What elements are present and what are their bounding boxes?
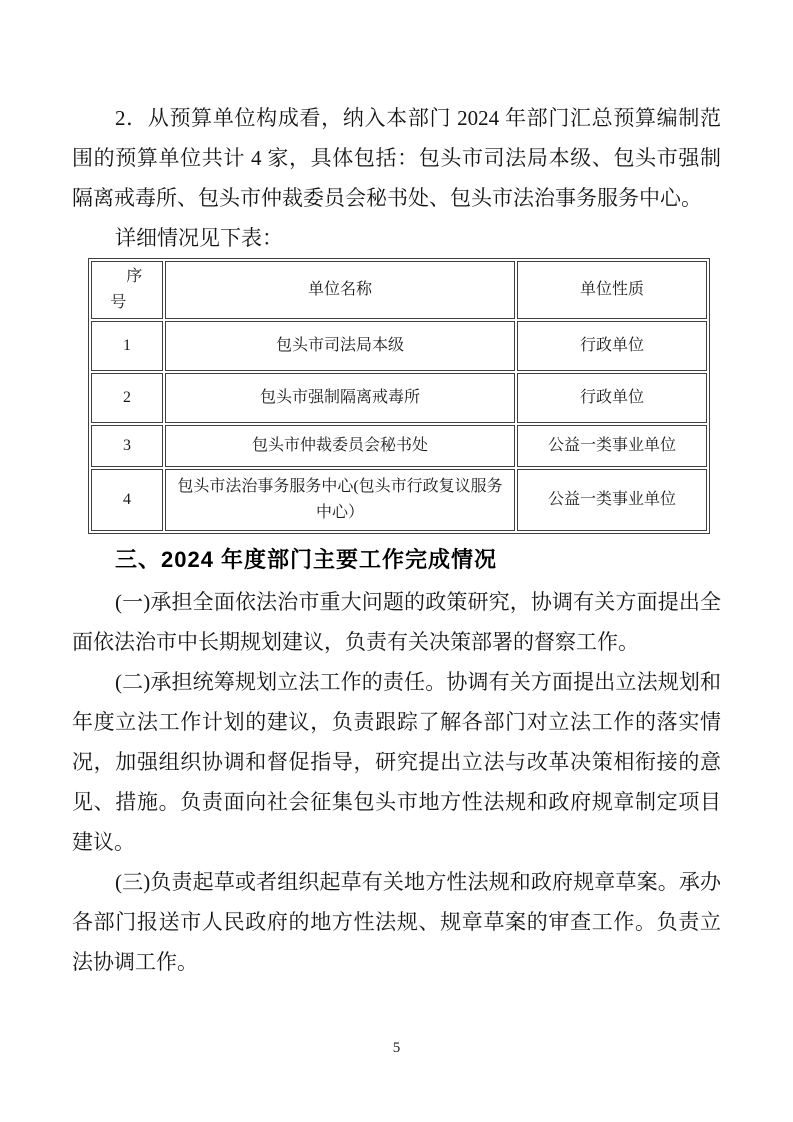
cell-name: 包头市仲裁委员会秘书处: [165, 425, 515, 467]
cell-seq: 4: [91, 469, 163, 531]
header-cell-unit-name: 单位名称: [165, 261, 515, 319]
table-row: 4 包头市法治事务服务中心(包头市行政复议服务中心） 公益一类事业单位: [91, 469, 707, 531]
paragraph-item-3: (三)负责起草或者组织起草有关地方性法规和政府规章草案。承办各部门报送市人民政府…: [72, 862, 721, 982]
page-number: 5: [0, 1040, 793, 1057]
paragraph-item-1: (一)承担全面依法治市重大问题的政策研究，协调有关方面提出全面依法治市中长期规划…: [72, 582, 721, 662]
header-cell-seq: 序号: [91, 261, 163, 319]
section-heading-2024-work: 三、2024 年度部门主要工作完成情况: [72, 542, 721, 578]
budget-units-table: 序号 单位名称 单位性质 1 包头市司法局本级 行政单位 2 包头市强制隔离戒毒…: [88, 258, 710, 534]
table-intro-line: 详细情况见下表：: [72, 218, 721, 258]
cell-name: 包头市强制隔离戒毒所: [165, 373, 515, 423]
cell-type: 公益一类事业单位: [517, 469, 707, 531]
table-row: 2 包头市强制隔离戒毒所 行政单位: [91, 373, 707, 423]
paragraph-item-2: (二)承担统筹规划立法工作的责任。协调有关方面提出立法规划和年度立法工作计划的建…: [72, 662, 721, 862]
header-seq-label: 序号: [110, 264, 144, 316]
cell-seq: 1: [91, 321, 163, 371]
paragraph-budget-units: 2．从预算单位构成看，纳入本部门 2024 年部门汇总预算编制范围的预算单位共计…: [72, 98, 721, 218]
document-page: 2．从预算单位构成看，纳入本部门 2024 年部门汇总预算编制范围的预算单位共计…: [0, 0, 793, 1122]
cell-name: 包头市司法局本级: [165, 321, 515, 371]
cell-seq: 2: [91, 373, 163, 423]
cell-type: 行政单位: [517, 321, 707, 371]
cell-name: 包头市法治事务服务中心(包头市行政复议服务中心）: [165, 469, 515, 531]
table-row: 3 包头市仲裁委员会秘书处 公益一类事业单位: [91, 425, 707, 467]
cell-type: 行政单位: [517, 373, 707, 423]
table-row: 1 包头市司法局本级 行政单位: [91, 321, 707, 371]
table-header-row: 序号 单位名称 单位性质: [91, 261, 707, 319]
cell-type: 公益一类事业单位: [517, 425, 707, 467]
header-cell-unit-type: 单位性质: [517, 261, 707, 319]
cell-seq: 3: [91, 425, 163, 467]
